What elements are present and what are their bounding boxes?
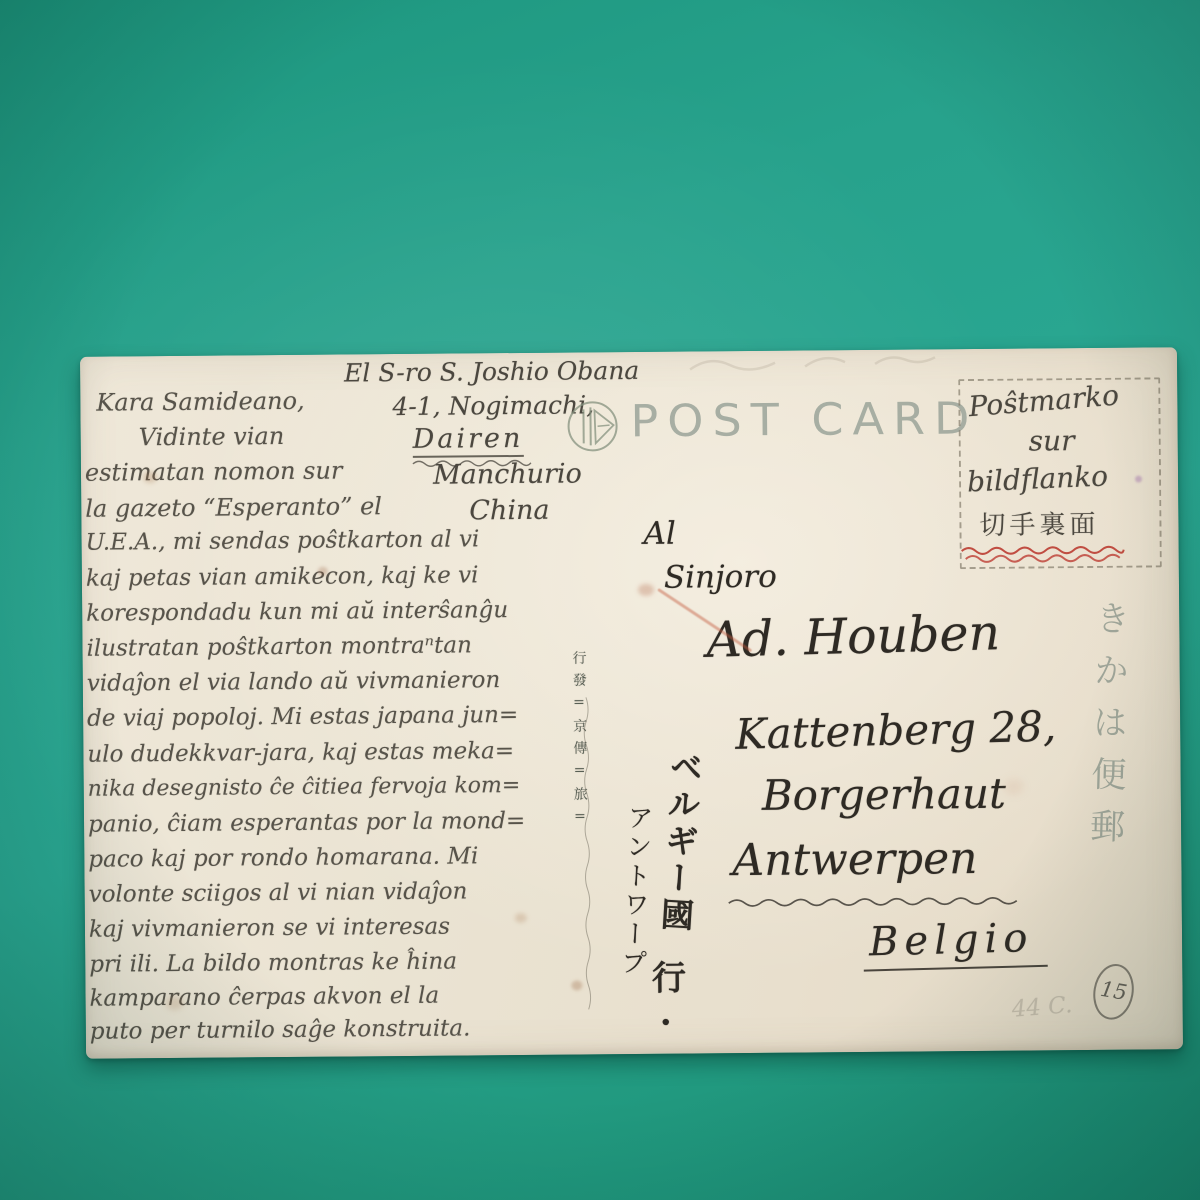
message-line: paco kaj por rondo homarana. Mi — [88, 843, 478, 872]
address-country: Belgio — [862, 915, 1048, 972]
stamp-box-line-3: bildflanko — [966, 459, 1108, 498]
message-line: Kara Samideano, — [96, 387, 304, 417]
message-line: panio, ĉiam esperantas por la mond= — [88, 808, 525, 838]
stamp-box-line-2: sur — [1029, 424, 1075, 457]
message-line: pri ili. La bildo montras ke ĥina — [89, 949, 457, 978]
stain — [515, 913, 527, 923]
message-line: kamparano ĉerpas akvon el la — [89, 983, 439, 1012]
message-line: la gazeto “Esperanto” el — [85, 492, 382, 523]
message-line: kaj vivmanieron se vi interesas — [89, 914, 450, 943]
message-line: puto per turnilo saĝe konstruita. — [90, 1015, 471, 1044]
address-sinjoro: Sinjoro — [664, 559, 777, 596]
sender-line-dairen: Dairen — [413, 423, 524, 458]
red-wavy-underline — [960, 544, 1126, 565]
circled-number: 15 — [1089, 961, 1138, 1023]
photo-of-postcard-on-felt: El S-ro S. Joshio Obana 4-1, Nogimachi, … — [0, 0, 1200, 1200]
message-line: U.E.A., mi sendas poŝtkarton al vi — [85, 526, 479, 555]
circled-number-value: 15 — [1099, 977, 1129, 1005]
message-line: kaj petas vian amikecon, kaj ke vi — [86, 562, 479, 591]
stain — [638, 584, 654, 596]
route-suffix-jp: 行. — [641, 959, 691, 1033]
sender-line-1: El S-ro S. Joshio Obana — [344, 356, 639, 388]
message-line: ulo dudekkvar-jara, kaj estas meka= — [87, 738, 514, 768]
stain — [1004, 779, 1024, 795]
message-line: korespondadu kun mi aŭ interŝanĝu — [86, 597, 508, 627]
vertical-postcard-label: きかは便郵 — [1077, 599, 1135, 910]
japanese-postal-emblem-icon — [564, 398, 620, 454]
message-line: nika desegnisto ĉe ĉitiea fervoja kom= — [88, 773, 521, 802]
vertical-crease-line — [581, 697, 594, 1017]
sender-line-4: Manchurio — [433, 458, 582, 490]
address-name: Ad. Houben — [706, 604, 1001, 669]
route-country-jp: ベルギー國 — [650, 748, 709, 941]
message-line: de viaj popoloj. Mi estas japana jun= — [87, 702, 518, 732]
sender-line-5: China — [469, 495, 549, 527]
message-line: vidaĵon el via lando aŭ vivmanieron — [87, 667, 501, 697]
address-al: Al — [643, 516, 676, 552]
postcard: El S-ro S. Joshio Obana 4-1, Nogimachi, … — [80, 347, 1183, 1059]
wavy-underline-antwerpen — [727, 895, 1019, 910]
stamp-box-line-4: 切手裏面 — [979, 504, 1099, 542]
route-city-jp: アントワープ — [613, 803, 658, 984]
message-line: Vidinte vian — [139, 422, 285, 451]
message-line: estimatan nomon sur — [85, 457, 343, 487]
address-district: Borgerhaut — [762, 769, 1006, 820]
stain — [571, 980, 582, 990]
message-line: ilustratan poŝtkarton montraⁿtan — [86, 632, 472, 661]
address-street: Kattenberg 28, — [735, 702, 1057, 759]
faint-top-smudge — [685, 345, 955, 381]
message-line: volonte sciigos al vi nian vidaĵon — [89, 878, 468, 907]
post-card-title: POST CARD — [630, 392, 978, 447]
address-city: Antwerpen — [732, 833, 978, 886]
faint-pencil-note: 44 C. — [1011, 992, 1074, 1023]
